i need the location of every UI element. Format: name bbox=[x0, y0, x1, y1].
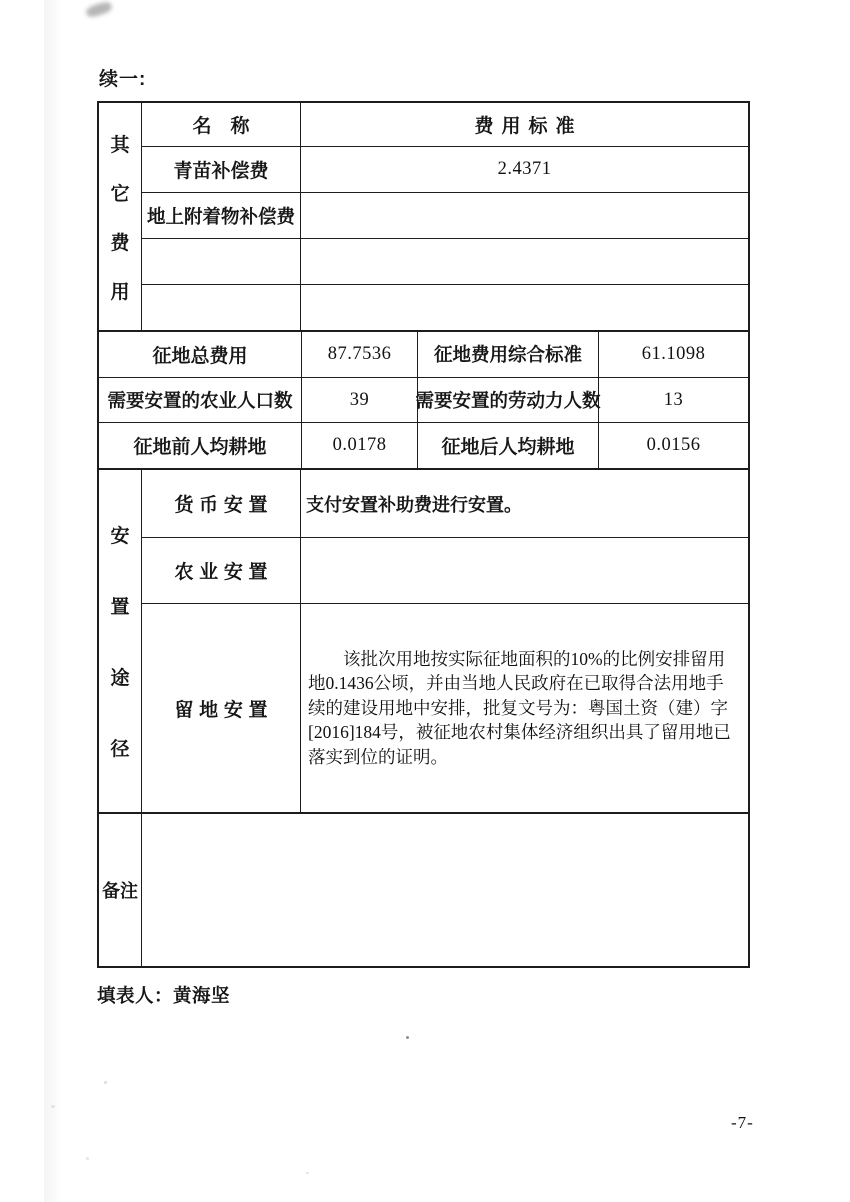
scan-speck bbox=[406, 1036, 409, 1039]
vertical-label-char: 径 bbox=[110, 734, 129, 761]
table-row: 青苗补偿费 2.4371 bbox=[142, 146, 748, 192]
table-row bbox=[142, 284, 748, 330]
other-fees-vertical-label: 其 它 费 用 bbox=[99, 103, 142, 330]
form-filler-line: 填表人：黄海坚 bbox=[97, 982, 230, 1008]
fee-name-cell: 地上附着物补偿费 bbox=[142, 193, 300, 238]
form-filler-label: 填表人： bbox=[97, 985, 173, 1006]
vertical-label-char: 用 bbox=[110, 277, 129, 304]
table-row: 征地前人均耕地 0.0178 征地后人均耕地 0.0156 bbox=[99, 422, 748, 468]
retained-land-paragraph: 该批次用地按实际征地面积的10%的比例安排留用地0.1436公顷，并由当地人民政… bbox=[308, 647, 739, 770]
scan-speck bbox=[51, 1105, 55, 1108]
table-header-row: 名 称 费用标准 bbox=[142, 103, 748, 146]
fee-name-cell bbox=[142, 239, 300, 284]
resettlement-content-cell bbox=[300, 538, 748, 603]
total-value-cell: 61.1098 bbox=[598, 332, 748, 377]
page-number: -7- bbox=[731, 1113, 754, 1133]
total-label-cell: 征地前人均耕地 bbox=[99, 423, 301, 468]
vertical-label-char: 置 bbox=[110, 592, 129, 619]
remarks-label-cell: 备注 bbox=[99, 814, 142, 966]
resettlement-content-cell: 该批次用地按实际征地面积的10%的比例安排留用地0.1436公顷，并由当地人民政… bbox=[300, 604, 748, 812]
scan-speck bbox=[104, 1081, 107, 1084]
total-label-cell: 征地费用综合标准 bbox=[417, 332, 598, 377]
table-row bbox=[142, 238, 748, 284]
scan-smudge bbox=[85, 0, 113, 18]
vertical-label-char: 安 bbox=[110, 521, 129, 548]
resettlement-vertical-label: 安 置 途 径 bbox=[99, 470, 142, 812]
remarks-section: 备注 bbox=[99, 812, 748, 966]
resettlement-section: 安 置 途 径 货币安置 支付安置补助费进行安置。 农业安置 留地安置 该批次用… bbox=[99, 468, 748, 812]
total-value-cell: 13 bbox=[598, 378, 748, 423]
land-compensation-table: 其 它 费 用 名 称 费用标准 青苗补偿费 2.4371 地上附着物补偿费 bbox=[97, 101, 750, 968]
vertical-label-char: 其 bbox=[110, 130, 129, 157]
total-label-cell: 征地后人均耕地 bbox=[417, 423, 598, 468]
total-label-cell: 征地总费用 bbox=[99, 332, 301, 377]
scan-speck bbox=[306, 1172, 309, 1174]
fee-name-cell bbox=[142, 285, 300, 330]
vertical-label-char: 费 bbox=[110, 228, 129, 255]
fee-standard-cell: 2.4371 bbox=[300, 147, 748, 192]
table-row: 需要安置的农业人口数 39 需要安置的劳动力人数 13 bbox=[99, 377, 748, 423]
resettlement-content-cell: 支付安置补助费进行安置。 bbox=[300, 470, 748, 537]
scanned-document-page: 续一: 其 它 费 用 名 称 费用标准 青苗补偿费 2.4371 地上附 bbox=[0, 0, 850, 1202]
resettlement-type-cell: 留地安置 bbox=[142, 604, 300, 812]
continuation-label: 续一: bbox=[99, 64, 146, 91]
fee-standard-cell bbox=[300, 285, 748, 330]
total-value-cell: 0.0156 bbox=[598, 423, 748, 468]
remarks-content-cell bbox=[142, 814, 748, 966]
table-row: 地上附着物补偿费 bbox=[142, 192, 748, 238]
vertical-label-char: 它 bbox=[110, 179, 129, 206]
total-value-cell: 87.7536 bbox=[301, 332, 417, 377]
total-value-cell: 0.0178 bbox=[301, 423, 417, 468]
table-row: 农业安置 bbox=[142, 537, 748, 603]
scan-edge-shadow bbox=[44, 0, 62, 1202]
table-row: 货币安置 支付安置补助费进行安置。 bbox=[142, 470, 748, 537]
fee-name-cell: 青苗补偿费 bbox=[142, 147, 300, 192]
scan-speck bbox=[86, 1157, 89, 1160]
header-name-cell: 名 称 bbox=[142, 103, 300, 146]
vertical-label-char: 途 bbox=[110, 663, 129, 690]
resettlement-type-cell: 农业安置 bbox=[142, 538, 300, 603]
total-value-cell: 39 bbox=[301, 378, 417, 423]
total-label-cell: 需要安置的农业人口数 bbox=[99, 378, 301, 423]
other-fees-section: 其 它 费 用 名 称 费用标准 青苗补偿费 2.4371 地上附着物补偿费 bbox=[99, 103, 748, 330]
resettlement-type-cell: 货币安置 bbox=[142, 470, 300, 537]
fee-standard-cell bbox=[300, 193, 748, 238]
header-standard-cell: 费用标准 bbox=[300, 103, 748, 146]
table-row: 留地安置 该批次用地按实际征地面积的10%的比例安排留用地0.1436公顷，并由… bbox=[142, 603, 748, 812]
table-row: 征地总费用 87.7536 征地费用综合标准 61.1098 bbox=[99, 332, 748, 377]
total-label-cell: 需要安置的劳动力人数 bbox=[417, 378, 598, 423]
totals-section: 征地总费用 87.7536 征地费用综合标准 61.1098 需要安置的农业人口… bbox=[99, 330, 748, 468]
fee-standard-cell bbox=[300, 239, 748, 284]
form-filler-name: 黄海坚 bbox=[173, 985, 230, 1006]
